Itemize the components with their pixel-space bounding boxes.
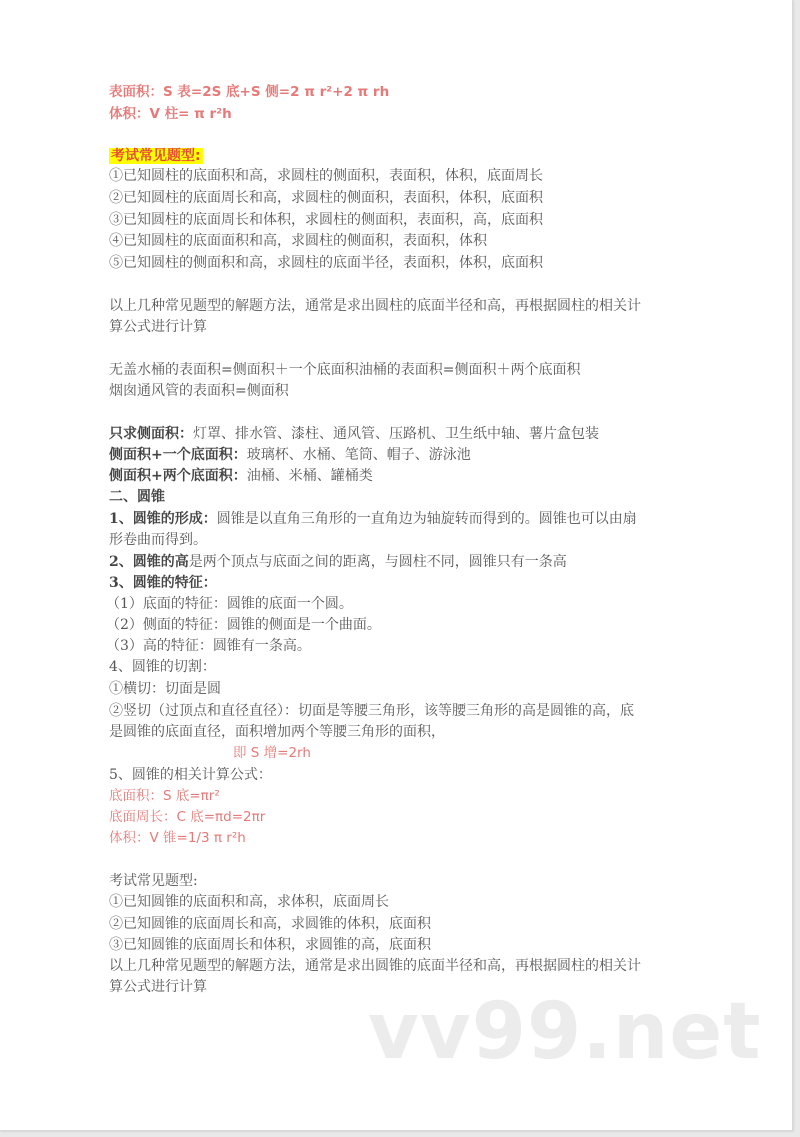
item-label: 圆锥的形成： (133, 511, 217, 527)
formula-text: S 表=2S 底+S 侧=2 π r²+2 π rh (163, 84, 389, 100)
surface-note: 烟囱通风管的表面积=侧面积 (109, 381, 289, 401)
cylinder-volume-formula: 体积：V 柱= π r²h (109, 104, 232, 124)
cone-feature-item: （1）底面的特征：圆锥的底面一个圆。 (106, 594, 353, 614)
cylinder-exam-item: ①已知圆柱的底面积和高，求圆柱的侧面积，表面积，体积，底面周长 (109, 166, 543, 186)
cone-method-line: 算公式进行计算 (109, 977, 207, 997)
surface-note: 无盖水桶的表面积=侧面积＋一个底面积油桶的表面积=侧面积＋两个底面积 (109, 360, 580, 380)
cone-formulas-title: 5、圆锥的相关计算公式： (109, 765, 272, 785)
cone-base-circumference-formula: 底面周长：C 底=πd=2πr (109, 807, 265, 827)
item-number: 3、 (109, 575, 133, 591)
item-text: 圆锥是以直角三角形的一直角边为轴旋转而得到的。圆锥也可以由扇 (217, 511, 637, 527)
category-text: 灯罩、排水管、漆柱、通风管、压路机、卫生纸中轴、薯片盒包装 (193, 426, 599, 442)
category-label: 侧面积+两个底面积： (109, 468, 247, 484)
cylinder-method-line: 以上几种常见题型的解题方法，通常是求出圆柱的底面半径和高，再根据圆柱的相关计 (109, 296, 641, 316)
cone-feature-item: （3）高的特征：圆锥有一条高。 (106, 636, 311, 656)
watermark: vv99.net (368, 992, 762, 1072)
category-label: 侧面积+一个底面积： (109, 447, 247, 463)
cone-exam-item: ③已知圆锥的底面周长和体积，求圆锥的高，底面积 (109, 935, 431, 955)
cone-volume-formula: 体积：V 锥=1/3 π r²h (109, 828, 246, 848)
cone-formation-continued: 形卷曲而得到。 (109, 530, 207, 550)
cone-exam-item: ②已知圆锥的底面周长和高，求圆锥的体积，底面积 (109, 914, 431, 934)
category-lateral-plus-one-base: 侧面积+一个底面积：玻璃杯、水桶、笔筒、帽子、游泳池 (109, 445, 471, 465)
item-label: 圆锥的高 (133, 554, 189, 570)
area-increase-formula: 即 S 增=2rh (233, 743, 311, 763)
item-number: 2、 (109, 554, 133, 570)
cone-exam-heading: 考试常见题型: (109, 871, 198, 891)
document-page: 表面积：S 表=2S 底+S 侧=2 π r²+2 π rh 体积：V 柱= π… (0, 0, 793, 1131)
cone-height: 2、圆锥的高是两个顶点与底面之间的距离，与圆柱不同，圆锥只有一条高 (109, 552, 567, 572)
cone-method-line: 以上几种常见题型的解题方法，通常是求出圆锥的底面半径和高，再根据圆柱的相关计 (109, 956, 641, 976)
formula-label: 表面积： (109, 84, 163, 100)
cylinder-surface-area-formula: 表面积：S 表=2S 底+S 侧=2 π r²+2 π rh (109, 82, 389, 102)
cone-cutting-title: 4、圆锥的切割： (109, 657, 216, 677)
category-lateral-only: 只求侧面积：灯罩、排水管、漆柱、通风管、压路机、卫生纸中轴、薯片盒包装 (109, 424, 599, 444)
category-text: 油桶、米桶、罐桶类 (247, 468, 373, 484)
cylinder-exam-item: ④已知圆柱的底面面积和高，求圆柱的侧面积，表面积，体积 (109, 231, 487, 251)
cone-cutting-item-continued: 是圆锥的底面直径，面积增加两个等腰三角形的面积， (109, 722, 445, 742)
item-label: 圆锥的特征： (133, 575, 217, 591)
cone-cutting-item: ①横切：切面是圆 (109, 679, 221, 699)
highlighted-heading: 考试常见题型: (109, 148, 203, 164)
item-text: 是两个顶点与底面之间的距离，与圆柱不同，圆锥只有一条高 (189, 554, 567, 570)
cone-formation: 1、圆锥的形成：圆锥是以直角三角形的一直角边为轴旋转而得到的。圆锥也可以由扇 (109, 509, 637, 529)
cone-feature-item: （2）侧面的特征：圆锥的侧面是一个曲面。 (106, 615, 381, 635)
item-number: 1、 (109, 511, 133, 527)
cone-cutting-item: ②竖切（过顶点和直径直径）：切面是等腰三角形，该等腰三角形的高是圆锥的高，底 (109, 701, 634, 721)
category-lateral-plus-two-bases: 侧面积+两个底面积：油桶、米桶、罐桶类 (109, 466, 373, 486)
cone-base-area-formula: 底面积：S 底=πr² (109, 786, 220, 806)
cone-exam-item: ①已知圆锥的底面积和高，求体积，底面周长 (109, 892, 389, 912)
cylinder-exam-item: ③已知圆柱的底面周长和体积，求圆柱的侧面积，表面积，高，底面积 (109, 210, 543, 230)
formula-label: 体积： (109, 106, 150, 122)
cylinder-exam-heading: 考试常见题型: (109, 146, 203, 166)
cylinder-exam-item: ⑤已知圆柱的侧面积和高，求圆柱的底面半径，表面积，体积，底面积 (109, 253, 543, 273)
cylinder-method-line: 算公式进行计算 (109, 317, 207, 337)
category-label: 只求侧面积： (109, 426, 193, 442)
cone-features: 3、圆锥的特征： (109, 573, 217, 593)
section-title-cone: 二、圆锥 (109, 487, 165, 507)
cylinder-exam-item: ②已知圆柱的底面周长和高，求圆柱的侧面积，表面积，体积，底面积 (109, 188, 543, 208)
category-text: 玻璃杯、水桶、笔筒、帽子、游泳池 (247, 447, 471, 463)
formula-text: V 柱= π r²h (150, 106, 232, 122)
